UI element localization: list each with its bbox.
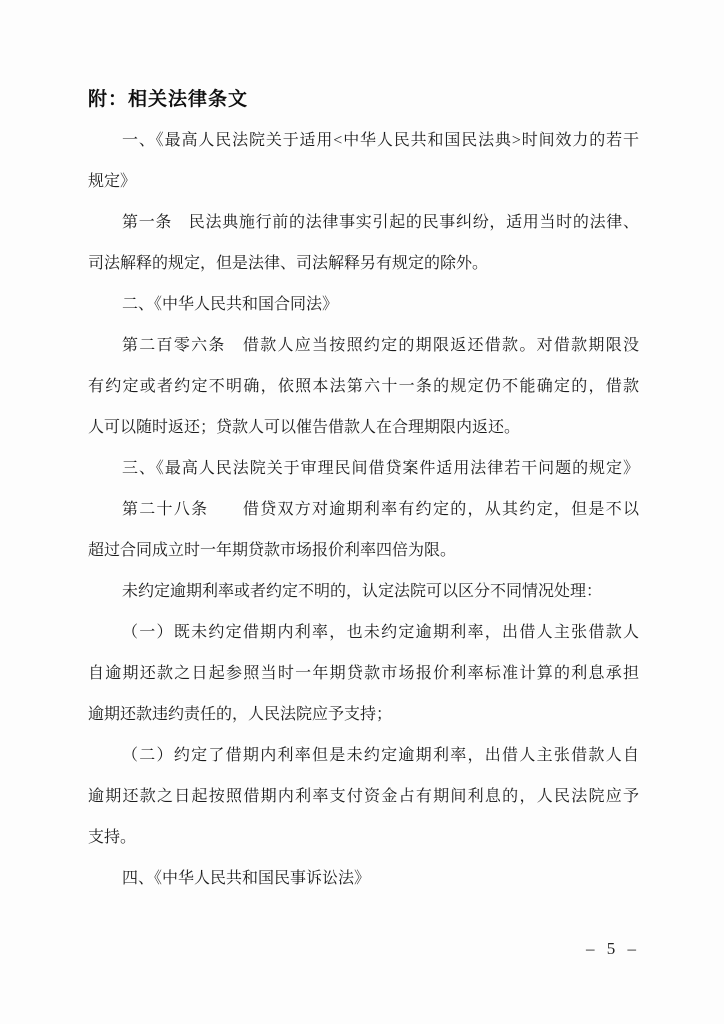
article-item-line: 逾期还款之日起按照借期内利率支付资金占有期间利息的，人民法院应予	[88, 776, 639, 817]
law-title-line: 一、《最高人民法院关于适用<中华人民共和国民法典>时间效力的若干	[88, 120, 639, 161]
law-title-line: 三、《最高人民法院关于审理民间借贷案件适用法律若干问题的规定》	[88, 448, 639, 489]
scanned-document-page: 附：相关法律条文 一、《最高人民法院关于适用<中华人民共和国民法典>时间效力的若…	[0, 0, 724, 1024]
article-text-line: 第一条 民法典施行前的法律事实引起的民事纠纷，适用当时的法律、	[88, 202, 639, 243]
article-text-line: 第二百零六条 借款人应当按照约定的期限返还借款。对借款期限没	[88, 325, 639, 366]
article-text-line: 超过合同成立时一年期贷款市场报价利率四倍为限。	[88, 530, 639, 571]
article-text-line: 司法解释的规定，但是法律、司法解释另有规定的除外。	[88, 243, 639, 284]
attachment-heading: 附：相关法律条文	[88, 79, 639, 120]
law-title-line: 规定》	[88, 161, 639, 202]
page-number: – 5 –	[586, 934, 640, 964]
article-text-line: 未约定逾期利率或者约定不明的，认定法院可以区分不同情况处理：	[88, 571, 639, 612]
article-text-line: 第二十八条 借贷双方对逾期利率有约定的，从其约定，但是不以	[88, 489, 639, 530]
article-item-line: （二）约定了借期内利率但是未约定逾期利率，出借人主张借款人自	[88, 735, 639, 776]
article-text-line: 人可以随时返还；贷款人可以催告借款人在合理期限内返还。	[88, 407, 639, 448]
article-item-line: 自逾期还款之日起参照当时一年期贷款市场报价利率标准计算的利息承担	[88, 653, 639, 694]
document-body: 附：相关法律条文 一、《最高人民法院关于适用<中华人民共和国民法典>时间效力的若…	[88, 79, 639, 899]
article-item-line: 支持。	[88, 817, 639, 858]
law-title-line: 四、《中华人民共和国民事诉讼法》	[88, 858, 639, 899]
law-title-line: 二、《中华人民共和国合同法》	[88, 284, 639, 325]
article-text-line: 有约定或者约定不明确，依照本法第六十一条的规定仍不能确定的，借款	[88, 366, 639, 407]
article-item-line: 逾期还款违约责任的，人民法院应予支持；	[88, 694, 639, 735]
article-item-line: （一）既未约定借期内利率，也未约定逾期利率，出借人主张借款人	[88, 612, 639, 653]
